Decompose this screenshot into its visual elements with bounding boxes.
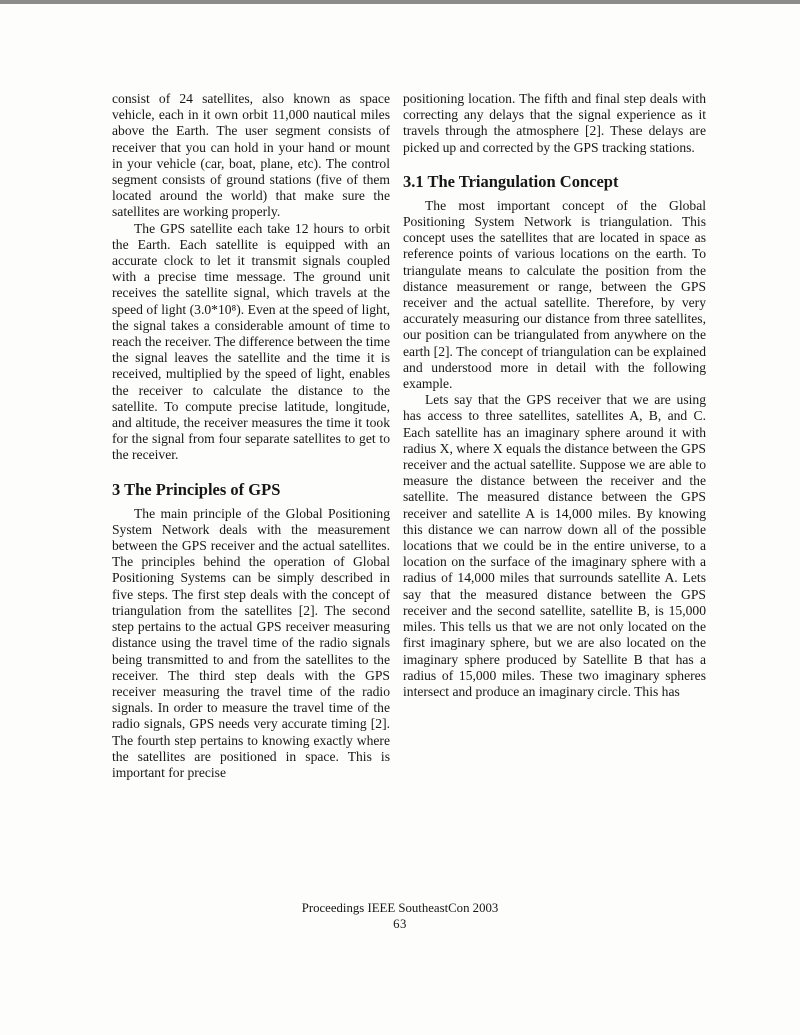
paragraph-satellites-segments: consist of 24 satellites, also known as … — [112, 91, 390, 221]
left-column: consist of 24 satellites, also known as … — [112, 91, 390, 781]
right-column: positioning location. The fifth and fina… — [403, 91, 706, 700]
paragraph-gps-orbit-signal: The GPS satellite each take 12 hours to … — [112, 221, 390, 464]
paragraph-fifth-step-delays: positioning location. The fifth and fina… — [403, 91, 706, 156]
scan-edge-artifact — [0, 0, 800, 4]
section-heading-principles-of-gps: 3 The Principles of GPS — [112, 480, 390, 500]
section-heading-triangulation-concept: 3.1 The Triangulation Concept — [403, 172, 706, 192]
proceedings-line: Proceedings IEEE SoutheastCon 2003 — [0, 901, 800, 917]
page-footer: Proceedings IEEE SoutheastCon 2003 63 — [0, 901, 800, 932]
paragraph-five-steps: The main principle of the Global Positio… — [112, 506, 390, 781]
scanned-paper-page: consist of 24 satellites, also known as … — [0, 0, 800, 1035]
page-number: 63 — [0, 917, 800, 933]
paragraph-triangulation-definition: The most important concept of the Global… — [403, 198, 706, 392]
paragraph-three-satellites-example: Lets say that the GPS receiver that we a… — [403, 392, 706, 700]
